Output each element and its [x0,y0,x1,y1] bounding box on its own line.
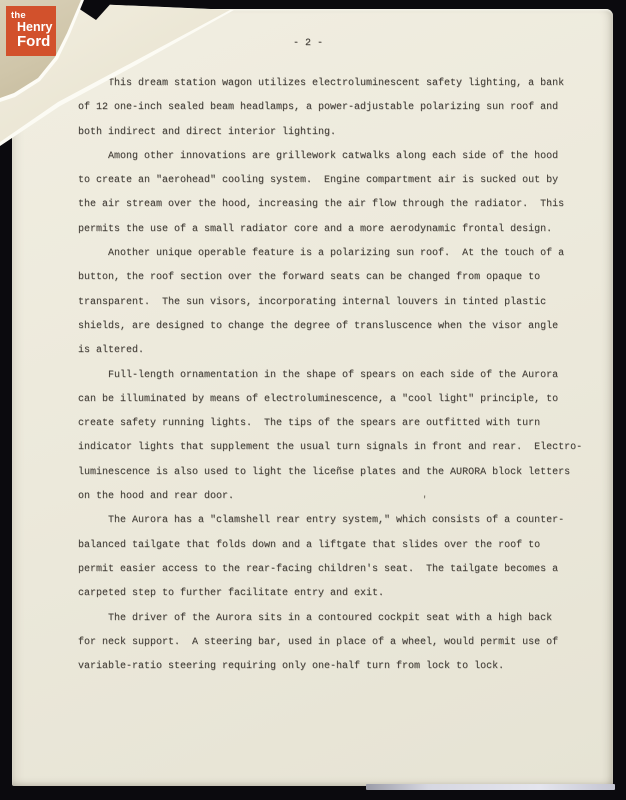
typescript-line: both indirect and direct interior lighti… [78,121,598,145]
typescript-line: the air stream over the hood, increasing… [78,193,598,217]
typescript-body: This dream station wagon utilizes electr… [78,72,598,679]
photo-backdrop: - 2 - This dream station wagon utilizes … [0,0,626,800]
under-sheet-edge [366,784,615,790]
typescript-line: transparent. The sun visors, incorporati… [78,291,598,315]
typescript-line: for neck support. A steering bar, used i… [78,631,598,655]
typescript-line: on the hood and rear door. [78,485,598,509]
typescript-line: button, the roof section over the forwar… [78,266,598,290]
typescript-line: The driver of the Aurora sits in a conto… [78,607,598,631]
typescript-line: This dream station wagon utilizes electr… [78,72,598,96]
typescript-line: Among other innovations are grillework c… [78,145,598,169]
page-number: - 2 - [293,38,323,49]
typescript-line: create safety running lights. The tips o… [78,412,598,436]
typescript-line: shields, are designed to change the degr… [78,315,598,339]
typescript-line: indicator lights that supplement the usu… [78,436,598,460]
typescript-line: can be illuminated by means of electrolu… [78,388,598,412]
logo-text-henry: Henry [17,21,52,34]
typescript-line: of 12 one-inch sealed beam headlamps, a … [78,96,598,120]
typescript-line: permits the use of a small radiator core… [78,218,598,242]
logo-text-ford: Ford [17,34,50,49]
typescript-line: permit easier access to the rear-facing … [78,558,598,582]
typescript-line: variable-ratio steering requiring only o… [78,655,598,679]
typescript-line: Full-length ornamentation in the shape o… [78,364,598,388]
typescript-line: carpeted step to further facilitate entr… [78,582,598,606]
typescript-line: balanced tailgate that folds down and a … [78,534,598,558]
henry-ford-logo: the Henry Ford [6,6,56,56]
typescript-line: to create an "aerohead" cooling system. … [78,169,598,193]
typescript-line: luminescence is also used to light the l… [78,461,598,485]
typescript-line: Another unique operable feature is a pol… [78,242,598,266]
document-page: - 2 - This dream station wagon utilizes … [12,9,613,786]
typescript-line: is altered. [78,339,598,363]
typescript-line: The Aurora has a "clamshell rear entry s… [78,509,598,533]
stray-typewriter-mark: ' [422,495,427,505]
